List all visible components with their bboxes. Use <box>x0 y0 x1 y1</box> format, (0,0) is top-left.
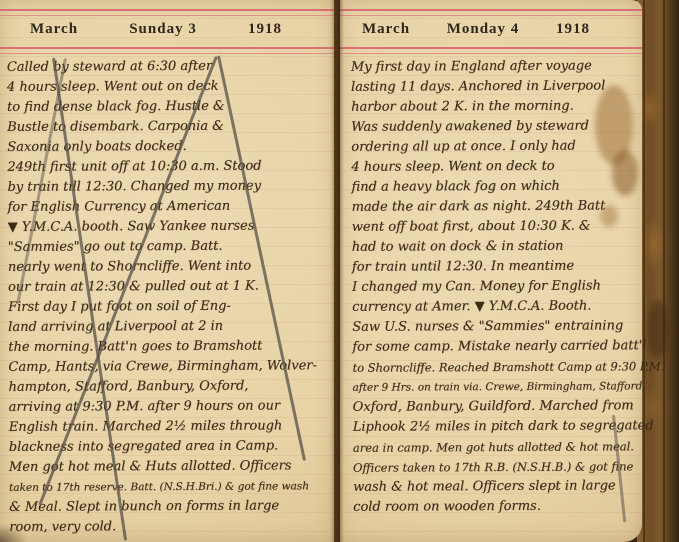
handwritten-line: & Meal. Slept in bunch on forms in large <box>9 496 333 518</box>
left-page: March Sunday 3 1918 Called by steward at… <box>0 0 334 542</box>
handwritten-line: arriving at 9:30 P.M. after 9 hours on o… <box>9 396 333 418</box>
ink-stain <box>612 150 638 196</box>
printed-rule-bottom <box>340 47 642 54</box>
handwritten-line: area in camp. Men got huts allotted & ho… <box>353 436 641 458</box>
leather-binding <box>637 0 679 542</box>
page-corner-shadow <box>0 516 40 542</box>
handwritten-line: 4 hours sleep. Went on deck to <box>351 156 639 178</box>
handwritten-line: Officers taken to 17th R.B. (N.S.H.B.) &… <box>353 456 641 478</box>
ink-stain <box>648 300 668 360</box>
handwritten-line: English train. Marched 2½ miles through <box>9 416 333 438</box>
handwritten-line: lasting 11 days. Anchored in Liverpool <box>351 76 639 98</box>
year-label: 1918 <box>248 21 282 38</box>
ink-stain <box>600 205 618 227</box>
handwritten-line: "Sammies" go out to camp. Batt. <box>8 236 332 258</box>
handwritten-line: currency at Amer. ▼ Y.M.C.A. Booth. <box>352 296 640 318</box>
printed-rule-bottom <box>0 47 334 54</box>
printed-rule-top <box>0 9 334 16</box>
handwritten-line: had to wait on dock & in station <box>352 236 640 258</box>
handwritten-line: Saw U.S. nurses & "Sammies" entraining <box>352 316 640 338</box>
handwritten-line: wash & hot meal. Officers slept in large <box>353 476 641 498</box>
handwritten-line: ▼ Y.M.C.A. booth. Saw Yankee nurses <box>8 216 332 238</box>
year-label: 1918 <box>556 21 590 38</box>
handwritten-line: Bustle to disembark. Carponia & <box>7 116 331 138</box>
handwritten-line: My first day in England after voyage <box>351 56 639 78</box>
handwritten-line: for English Currency at American <box>7 196 331 218</box>
diary-photo: March Sunday 3 1918 Called by steward at… <box>0 0 679 542</box>
right-page: March Monday 4 1918 My first day in Engl… <box>340 0 642 542</box>
handwritten-line: Saxonia only boats docked. <box>7 136 331 158</box>
month-label: March <box>30 21 78 38</box>
leather-ridge <box>643 0 645 542</box>
handwritten-line: our train at 12:30 & pulled out at 1 K. <box>8 276 332 298</box>
handwritten-line: cold room on wooden forms. <box>353 496 641 518</box>
handwritten-line: I changed my Can. Money for English <box>352 276 640 298</box>
handwritten-line: room, very cold. <box>9 516 333 538</box>
handwritten-line: find a heavy black fog on which <box>351 176 639 198</box>
month-label: March <box>362 21 410 38</box>
handwritten-line: land arriving at Liverpool at 2 in <box>8 316 332 338</box>
handwritten-line: after 9 Hrs. on train via. Crewe, Birmin… <box>352 376 640 398</box>
handwritten-line: First day I put foot on soil of Eng- <box>8 296 332 318</box>
leather-ridge <box>663 0 665 542</box>
handwritten-line: went off boat first, about 10:30 K. & <box>352 216 640 238</box>
handwritten-line: to Shorncliffe. Reached Bramshott Camp a… <box>352 356 640 378</box>
handwritten-line: Oxford, Banbury, Guildford. Marched from <box>353 396 641 418</box>
left-page-header: March Sunday 3 1918 <box>0 21 334 38</box>
handwritten-line: nearly went to Shorncliffe. Went into <box>8 256 332 278</box>
handwritten-line: Liphook 2½ miles in pitch dark to segreg… <box>353 416 641 438</box>
right-page-header: March Monday 4 1918 <box>340 21 642 38</box>
handwritten-line: taken to 17th reserve. Batt. (N.S.H.Bri.… <box>9 476 333 498</box>
day-label: Sunday 3 <box>78 21 248 38</box>
handwritten-line: for some camp. Mistake nearly carried ba… <box>352 336 640 358</box>
printed-rule-top <box>340 9 642 16</box>
handwritten-line: made the air dark as night. 249th Batt <box>352 196 640 218</box>
handwritten-line: for train until 12:30. In meantime <box>352 256 640 278</box>
day-label: Monday 4 <box>410 21 556 38</box>
handwritten-line: hampton, Stafford, Banbury, Oxford, <box>8 376 332 398</box>
